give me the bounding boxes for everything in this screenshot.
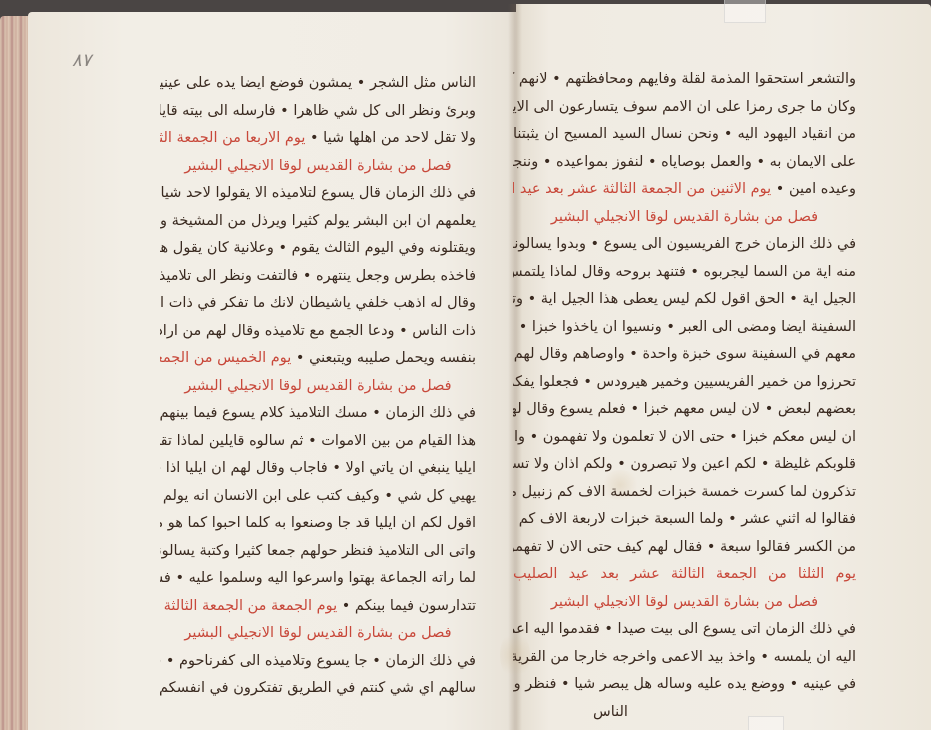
text-line: تحرزوا من خمير الفريسيين وخمير هيرودس • …	[513, 369, 856, 397]
text-line: في عينيه • ووضع يده عليه وساله هل يبصر ش…	[513, 671, 856, 699]
text-line: فقالوا له اثني عشر • ولما السبعة خبزات ل…	[513, 506, 856, 534]
manuscript-spread: ٨٧ الناس مثل الشجر • يمشون فوضع ايضا يده…	[0, 0, 931, 730]
text-line: ان ليس معكم خبزا • حتى الان لا تعلمون ول…	[513, 424, 856, 452]
tab-strip-top	[724, 0, 766, 23]
text-line: اقول لكم ان ايليا قد جا وصنعوا به كلما ا…	[160, 510, 476, 538]
text-line: واتى الى التلاميذ فنظر حولهم جمعا كثيرا …	[160, 538, 476, 566]
text-line: على الايمان به • والعمل بوصاياه • لنفوز …	[513, 149, 856, 177]
text-line: يوم الثلثا من الجمعة الثالثة عشر بعد عيد…	[513, 561, 856, 589]
text-line: تتدارسون فيما بينكم • يوم الجمعة من الجم…	[160, 593, 476, 621]
page-edges	[0, 16, 30, 730]
text-line: فصل من بشارة القديس لوقا الانجيلي البشير	[160, 153, 476, 181]
text-line: في ذلك الزمان • مسك التلاميذ كلام يسوع ف…	[160, 400, 476, 428]
text-line: بنفسه ويحمل صليبه ويتبعني • يوم الخميس م…	[160, 345, 476, 373]
text-line: وكان ما جرى رمزا على ان الامم سوف يتسارع…	[513, 94, 856, 122]
text-line: الناس	[513, 699, 856, 727]
text-line: لما راته الجماعة بهتوا واسرعوا اليه وسلم…	[160, 565, 476, 593]
text-line: في ذلك الزمان قال يسوع لتلاميذه الا يقول…	[160, 180, 476, 208]
left-page-text: الناس مثل الشجر • يمشون فوضع ايضا يده عل…	[160, 70, 476, 703]
text-line: ولا تقل لاحد من اهلها شيا • يوم الاربعا …	[160, 125, 476, 153]
right-page-text: والتشعر استحقوا المذمة لقلة وفايهم ومحاف…	[513, 66, 856, 726]
text-line: قلوبكم غليظة • لكم اعين ولا تبصرون • ولك…	[513, 451, 856, 479]
text-line: في ذلك الزمان • جا يسوع وتلاميذه الى كفر…	[160, 648, 476, 676]
text-line: فصل من بشارة القديس لوقا الانجيلي البشير	[513, 204, 856, 232]
text-line: هذا القيام من بين الاموات • ثم سالوه قاي…	[160, 428, 476, 456]
text-line: ويقتلونه وفي اليوم الثالث يقوم • وعلانية…	[160, 235, 476, 263]
text-line: فصل من بشارة القديس لوقا الانجيلي البشير	[160, 620, 476, 648]
text-line: الجيل اية • الحق اقول لكم ليس يعطى هذا ا…	[513, 286, 856, 314]
text-line: من الكسر فقالوا سبعة • فقال لهم كيف حتى …	[513, 534, 856, 562]
text-line: منه اية من السما ليجربوه • فتنهد بروحه و…	[513, 259, 856, 287]
text-line: والتشعر استحقوا المذمة لقلة وفايهم ومحاف…	[513, 66, 856, 94]
text-line: يعلمهم ان ابن البشر يولم كثيرا ويرذل من …	[160, 208, 476, 236]
text-line: اليه ان يلمسه • واخذ بيد الاعمى واخرجه خ…	[513, 644, 856, 672]
text-line: وعيده امين • يوم الاثنين من الجمعة الثال…	[513, 176, 856, 204]
text-line: ايليا ينبغي ان ياتي اولا • فاجاب وقال له…	[160, 455, 476, 483]
text-line: وقال له اذهب خلفي ياشيطان لانك ما تفكر ف…	[160, 290, 476, 318]
text-line: سالهم اي شي كنتم في الطريق تفتكرون في ان…	[160, 675, 476, 703]
text-line: تذكرون لما كسرت خمسة خبزات لخمسة الاف كم…	[513, 479, 856, 507]
text-line: من انقياد اليهود اليه • ونحن نسال السيد …	[513, 121, 856, 149]
text-line: وبرئ ونظر الى كل شي ظاهرا • فارسله الى ب…	[160, 98, 476, 126]
folio-number: ٨٧	[72, 50, 91, 71]
text-line: فاخذه بطرس وجعل ينتهره • فالتفت ونظر الى…	[160, 263, 476, 291]
text-line: ذات الناس • ودعا الجمع مع تلاميذه وقال ل…	[160, 318, 476, 346]
text-line: معهم في السفينة سوى خبزة واحدة • واوصاهم…	[513, 341, 856, 369]
text-line: فصل من بشارة القديس لوقا الانجيلي البشير	[513, 589, 856, 617]
text-line: في ذلك الزمان خرج الفريسيون الى يسوع • و…	[513, 231, 856, 259]
text-line: السفينة ايضا ومضى الى العبر • ونسيوا ان …	[513, 314, 856, 342]
text-line: في ذلك الزمان اتى يسوع الى بيت صيدا • فق…	[513, 616, 856, 644]
text-line: بعضهم لبعض • لان ليس معهم خبزا • فعلم يس…	[513, 396, 856, 424]
text-line: يهيي كل شي • وكيف كتب على ابن الانسان ان…	[160, 483, 476, 511]
text-line: الناس مثل الشجر • يمشون فوضع ايضا يده عل…	[160, 70, 476, 98]
text-line: فصل من بشارة القديس لوقا الانجيلي البشير	[160, 373, 476, 401]
